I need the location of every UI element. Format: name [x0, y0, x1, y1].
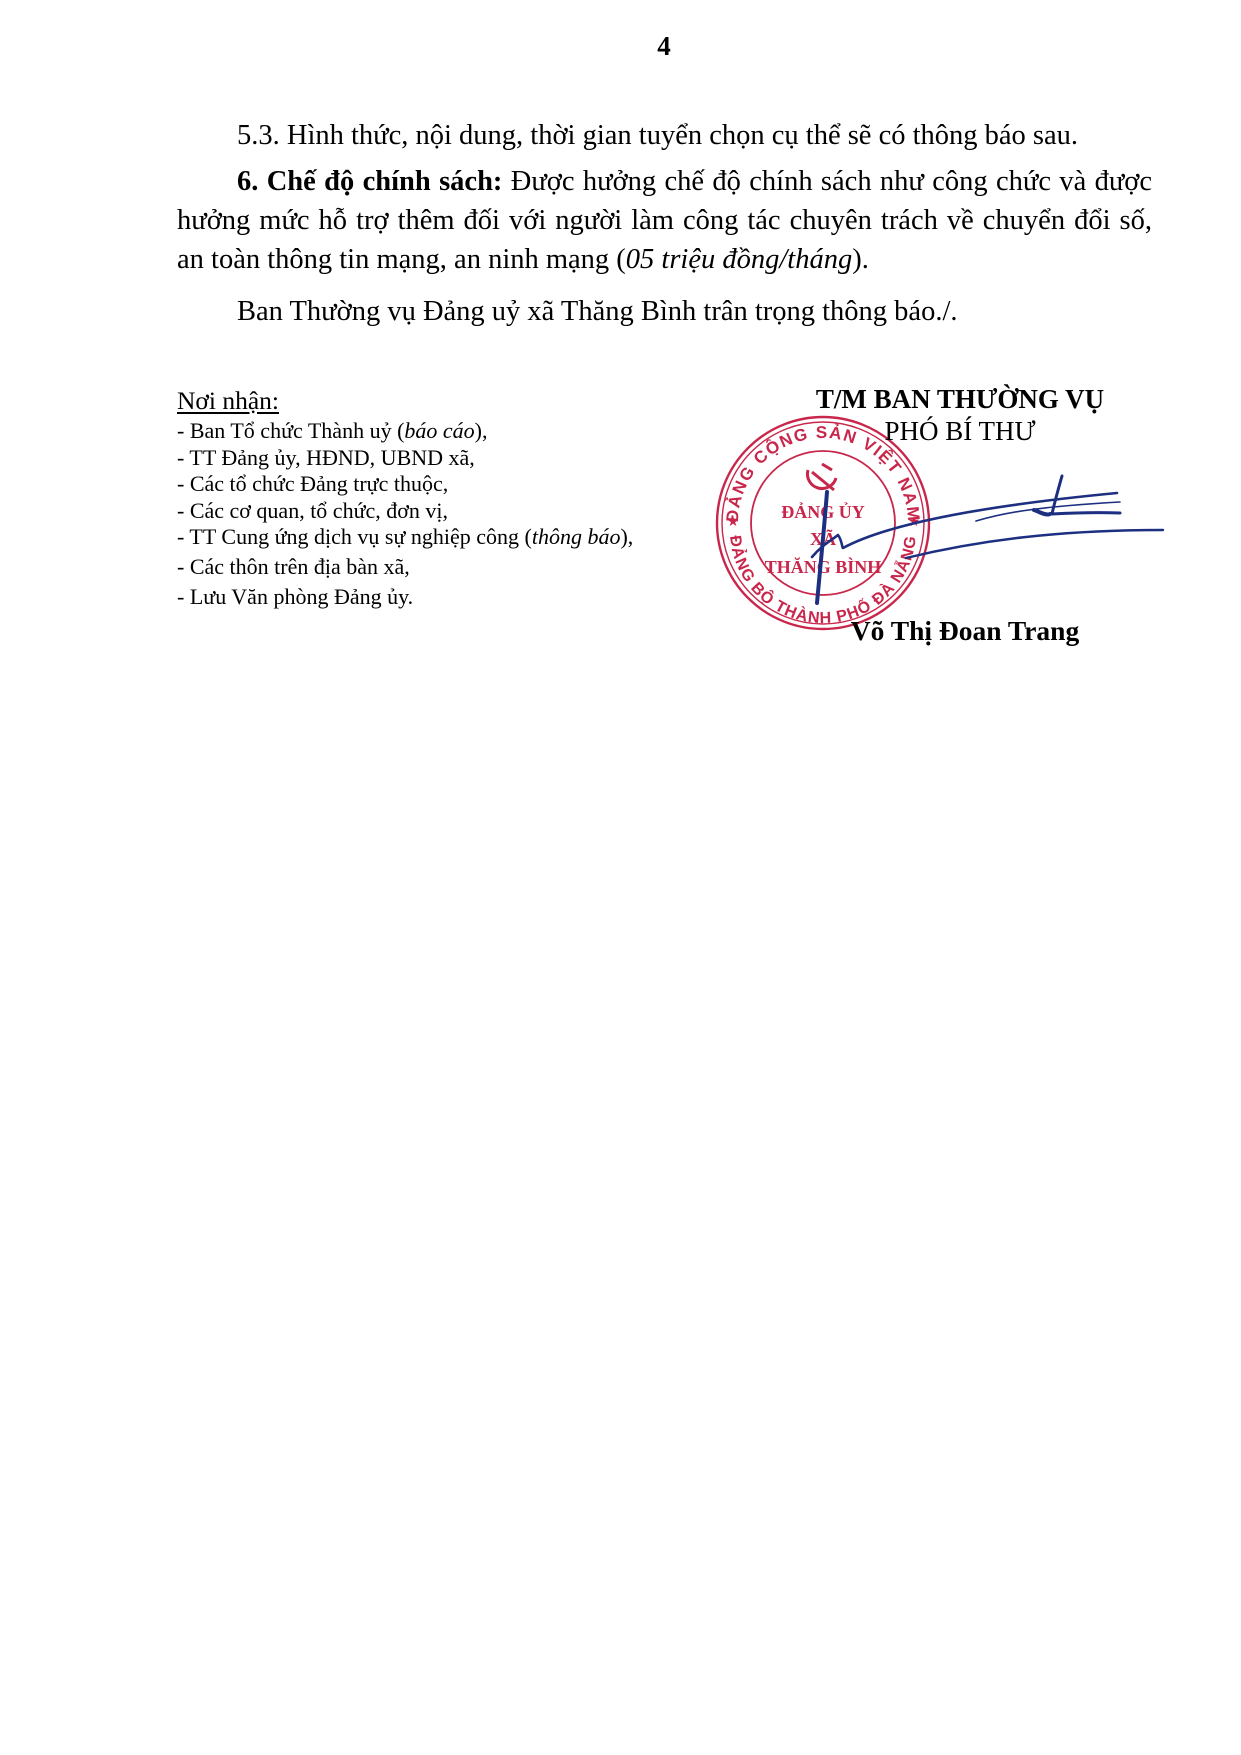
recipients-list: - Ban Tổ chức Thành uỷ (báo cáo),- TT Đả… — [177, 418, 633, 610]
recipient-item: - Lưu Văn phòng Đảng ủy. — [177, 584, 633, 611]
section-6-paragraph: 6. Chế độ chính sách: Được hưởng chế độ … — [177, 162, 1152, 279]
recipient-item: - Các thôn trên địa bàn xã, — [177, 554, 633, 581]
recipients-block: Nơi nhận: - Ban Tổ chức Thành uỷ (báo cá… — [177, 386, 633, 610]
closing-statement: Ban Thường vụ Đảng uỷ xã Thăng Bình trân… — [177, 292, 1152, 331]
stamp-center-line-1: ĐẢNG ỦY — [781, 501, 865, 522]
recipient-item: - TT Đảng ủy, HĐND, UBND xã, — [177, 445, 633, 472]
stamp-center-line-3: THĂNG BÌNH — [765, 556, 882, 577]
hammer-sickle-icon — [807, 464, 836, 490]
recipients-title: Nơi nhận: — [177, 386, 633, 416]
allowance-amount: 05 triệu đồng/tháng — [626, 244, 852, 275]
signer-name: Võ Thị Đoan Trang — [785, 614, 1145, 648]
recipient-item: - TT Cung ứng dịch vụ sự nghiệp công (th… — [177, 524, 633, 551]
stamp-center-line-2: XÃ — [810, 528, 836, 549]
section-6-text-end: ). — [852, 244, 869, 275]
signature-role: PHÓ BÍ THƯ — [780, 415, 1140, 447]
page-number: 4 — [0, 30, 1241, 62]
recipient-item: - Các tổ chức Đảng trực thuộc, — [177, 471, 633, 498]
star-icon: ★ — [727, 515, 740, 530]
recipient-item: - Các cơ quan, tổ chức, đơn vị, — [177, 498, 633, 525]
section-5-3-paragraph: 5.3. Hình thức, nội dung, thời gian tuyể… — [177, 116, 1152, 155]
recipient-item: - Ban Tổ chức Thành uỷ (báo cáo), — [177, 418, 633, 445]
star-icon: ★ — [908, 515, 921, 530]
signature-title: T/M BAN THƯỜNG VỤ — [780, 383, 1140, 415]
section-6-heading: 6. Chế độ chính sách: — [237, 166, 502, 197]
